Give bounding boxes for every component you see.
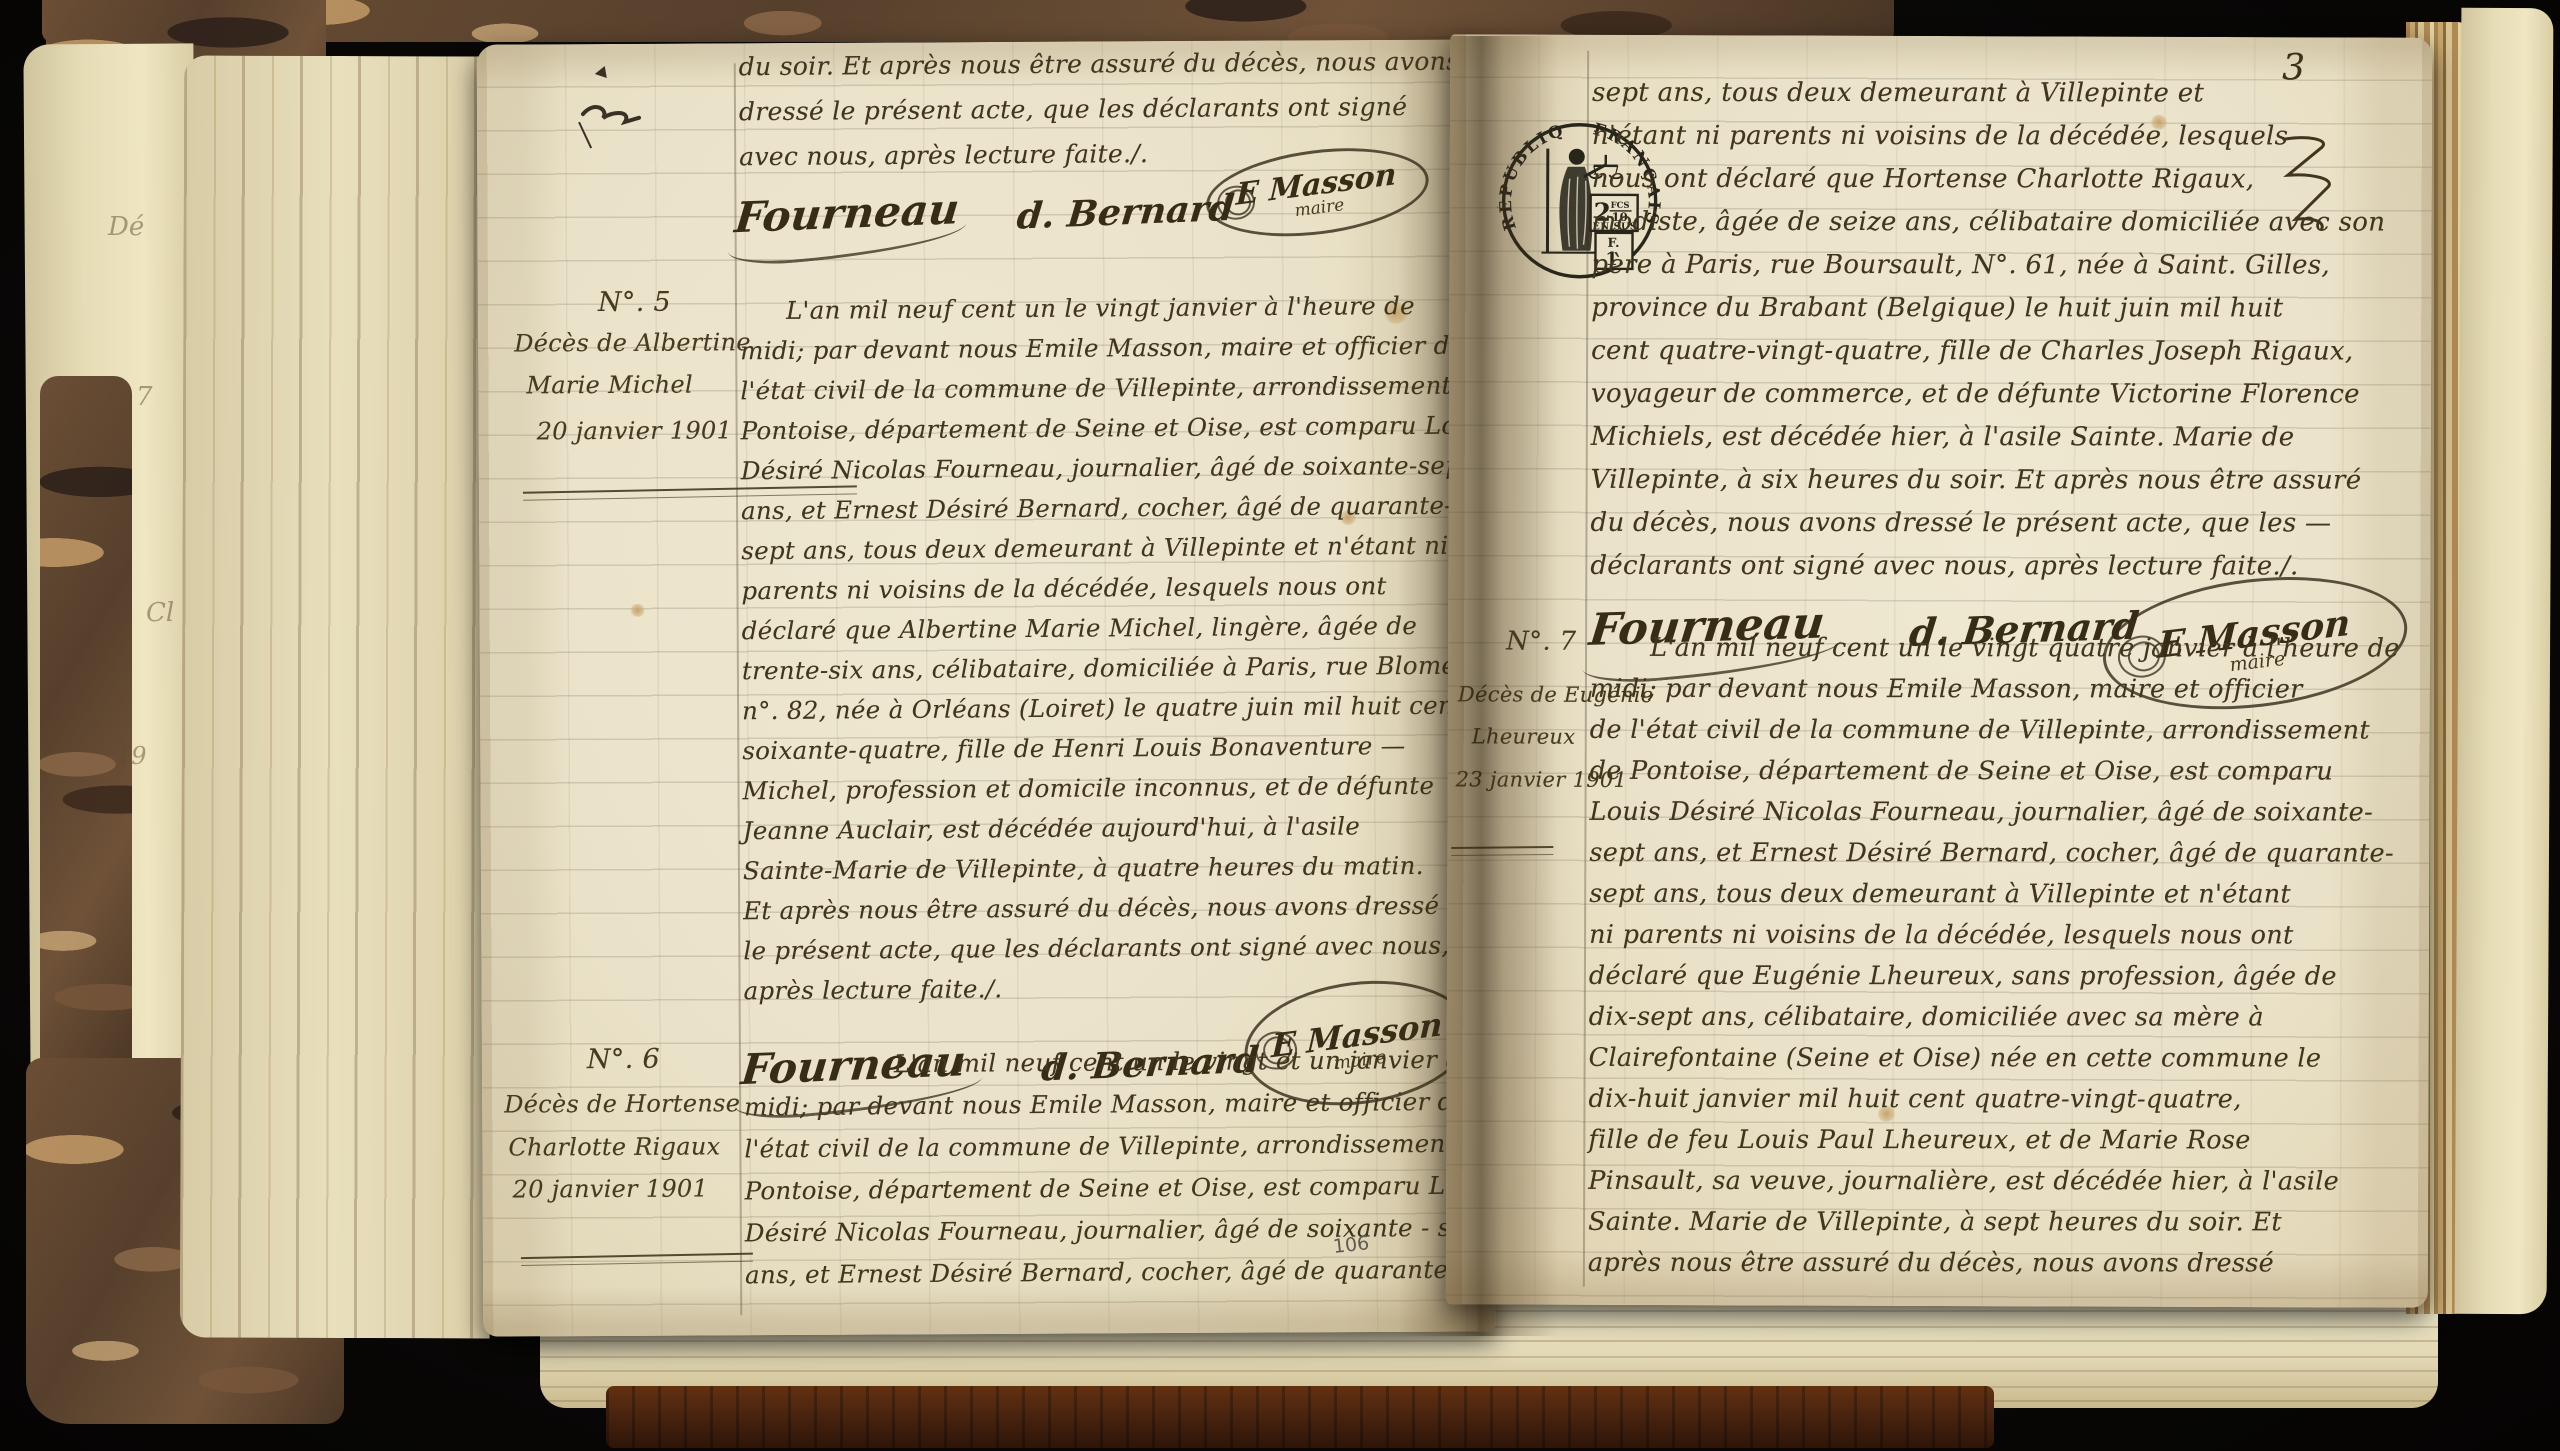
act-line: Pinsault, sa veuve, journalière, est déc… (1588, 1161, 2398, 1203)
act-line: sept ans, tous deux demeurant à Villepin… (741, 525, 1494, 571)
page-stack-left (180, 55, 494, 1338)
entry7-number: N°. 7 (1506, 626, 1576, 656)
act-line: L'an mil neuf cent un le vingt quatre ja… (1590, 628, 2400, 670)
act-line: parents ni voisins de la décédée, lesque… (741, 565, 1494, 611)
act-line: cent quatre-vingt-quatre, fille de Charl… (1591, 330, 2385, 374)
act-line: Sainte-Marie de Villepinte, à quatre heu… (743, 845, 1496, 891)
act-line: trente-six ans, célibataire, domiciliée … (742, 645, 1495, 691)
act-line: dressé le présent acte, que les déclaran… (739, 84, 1460, 135)
act-line: Désiré Nicolas Fourneau, journalier, âgé… (741, 445, 1494, 491)
entry7-margin-line: Lheureux (1472, 724, 1576, 748)
signature-block: Fourneau d. Bernard E Masson maire (727, 168, 1448, 292)
entry6-margin-date: 20 janvier 1901 (513, 1174, 709, 1203)
entry6-margin-line: Charlotte Rigaux (508, 1132, 720, 1161)
act-line: n'étant ni parents ni voisins de la décé… (1592, 115, 2386, 159)
act-line: le présent acte, que les déclarants ont … (743, 925, 1496, 971)
act-line: sept ans, tous deux demeurant à Villepin… (1592, 72, 2386, 116)
act-line: Michel, profession et domicile inconnus,… (742, 765, 1495, 811)
left-page: du soir. Et après nous être assuré du dé… (477, 39, 1496, 1336)
act-line: l'état civil de la commune de Villepinte… (740, 365, 1493, 411)
entry5-margin-line: Décès de Albertine (514, 328, 751, 357)
act-line: voyageur de commerce, et de défunte Vict… (1591, 373, 2385, 417)
act-line: ans, et Ernest Désiré Bernard, cocher, â… (741, 485, 1494, 531)
ghost-writing-fragment: 19 (116, 742, 147, 770)
ink-smudge (565, 52, 696, 163)
act-line: dix-huit janvier mil huit cent quatre-vi… (1588, 1079, 2398, 1121)
act-line: nous ont déclaré que Hortense Charlotte … (1592, 158, 2386, 202)
act-line: ni parents ni voisins de la décédée, les… (1589, 915, 2399, 957)
act-line: Louis Désiré Nicolas Fourneau, journalie… (1589, 792, 2399, 834)
act-line: Villepinte, à six heures du soir. Et apr… (1591, 459, 2385, 503)
act-line: Sainte. Marie de Villepinte, à sept heur… (1588, 1202, 2398, 1244)
entry6-margin-rule (521, 1253, 753, 1266)
act-line: dix-sept ans, célibataire, domiciliée av… (1589, 997, 2399, 1039)
act-line: après nous être assuré du décès, nous av… (1588, 1243, 2398, 1285)
entry7-margin-rule (1451, 846, 1553, 856)
pencil-folio-note: 106 (1332, 1232, 1370, 1258)
right-page: 3 RÉPUBLIQUE FRANÇAISE (1446, 34, 2432, 1307)
act-line: déclaré que Eugénie Lheureux, sans profe… (1589, 956, 2399, 998)
act-line: de l'état civil de la commune de Villepi… (1590, 710, 2400, 752)
svg-text:RÉPUBLIQUE: RÉPUBLIQUE (1497, 118, 1567, 232)
act-line: Pontoise, département de Seine et Oise, … (740, 405, 1493, 451)
entry7-body: L'an mil neuf cent un le vingt quatre ja… (1588, 627, 2400, 1286)
entry5-number: N°. 5 (598, 287, 671, 318)
ghost-writing-fragment: 7 (136, 382, 153, 412)
act-line: Michiels, est décédée hier, à l'asile Sa… (1591, 416, 2385, 460)
marbled-cover-left-strip (40, 376, 132, 1082)
entry6-margin-line: Décès de Hortense (504, 1089, 740, 1118)
act-line: fille de feu Louis Paul Lheureux, et de … (1588, 1120, 2398, 1162)
act-line: n°. 82, née à Orléans (Loiret) le quatre… (742, 685, 1495, 731)
book-cover-spine-edge (606, 1386, 1994, 1448)
act-line: midi; par devant nous Emile Masson, mair… (1590, 669, 2400, 711)
signature-bernard: d. Bernard (1015, 187, 1236, 238)
act-line: modiste, âgée de seize ans, célibataire … (1592, 201, 2386, 245)
act-line: Clairefontaine (Seine et Oise) née en ce… (1589, 1038, 2399, 1080)
entry6-number: N°. 6 (587, 1044, 660, 1075)
act-line: sept ans, tous deux demeurant à Villepin… (1589, 874, 2399, 916)
act-line: soixante-quatre, fille de Henri Louis Bo… (742, 725, 1495, 771)
act-line: Et après nous être assuré du décès, nous… (743, 885, 1496, 931)
stamp-arc-left-text: RÉPUBLIQUE (1497, 118, 1567, 232)
act-line: père à Paris, rue Boursault, N°. 61, née… (1591, 244, 2385, 288)
entry5-margin-line: Marie Michel (526, 371, 693, 400)
right-cover-edge (2455, 8, 2554, 1314)
act-line: L'an mil neuf cent un le vingt janvier à… (740, 285, 1493, 331)
act-line: du décès, nous avons dressé le présent a… (1590, 502, 2384, 546)
act-line: déclaré que Albertine Marie Michel, ling… (742, 605, 1495, 651)
ghost-writing-fragment: Dé (108, 212, 144, 242)
act-line: du soir. Et après nous être assuré du dé… (739, 39, 1460, 90)
act-line: Jeanne Auclair, est décédée aujourd'hui,… (743, 805, 1496, 851)
act-line: midi; par devant nous Emile Masson, mair… (740, 325, 1493, 371)
act-line: de Pontoise, département de Seine et Ois… (1590, 751, 2400, 793)
act-line: sept ans, et Ernest Désiré Bernard, coch… (1589, 833, 2399, 875)
ghost-writing-fragment: Cl (146, 598, 174, 628)
foxing-spot (630, 604, 646, 617)
act-line: province du Brabant (Belgique) le huit j… (1591, 287, 2385, 331)
entry5-margin-date: 20 janvier 1901 (537, 416, 733, 445)
entry5-body: L'an mil neuf cent un le vingt janvier à… (740, 286, 1497, 1010)
registry-book-photo: Dé 7 Cl 19 du soir. Et après nous être a… (0, 0, 2560, 1451)
entry6-continuation: sept ans, tous deux demeurant à Villepin… (1590, 71, 2385, 590)
